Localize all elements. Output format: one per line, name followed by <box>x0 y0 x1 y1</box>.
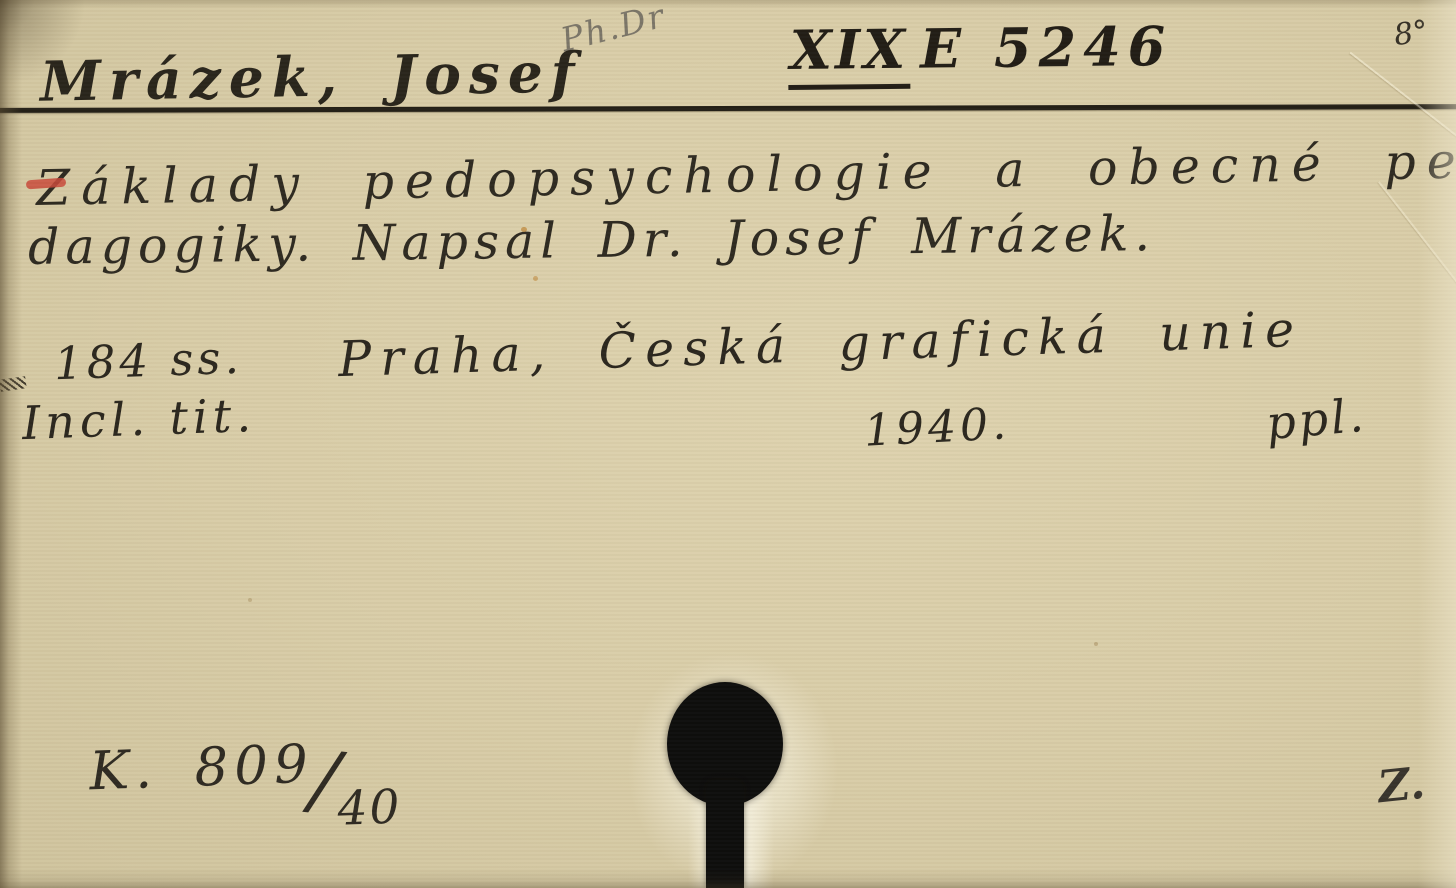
collation-note: Incl. tit. <box>21 388 257 450</box>
format-note: 8° <box>1392 14 1431 53</box>
shelfmark-number: E 5246 <box>920 14 1173 81</box>
extent-note: 184 ss. <box>53 331 243 391</box>
cataloguer-initial: Z. <box>1375 758 1427 814</box>
paper-speck <box>248 598 252 602</box>
accession-slash: / <box>312 779 344 782</box>
edge-hatch-mark <box>0 376 27 392</box>
author-heading: Mrázek, Josef <box>39 39 583 113</box>
catalog-card: Ph.Dr Mrázek, Josef XIXE 5246 8° Základy… <box>0 0 1456 888</box>
punch-hole-slot <box>706 780 744 888</box>
accession-prefix: K. 809 <box>88 734 314 803</box>
shelfmark-roman: XIX <box>788 17 911 90</box>
binding-note: ppl. <box>1264 388 1369 451</box>
title-line-1: Základy pedopsychologie a obecné pe- <box>36 132 1456 217</box>
paper-speck <box>533 276 538 281</box>
paper-crease <box>1378 181 1456 300</box>
imprint-line: Praha, Česká grafická unie <box>337 301 1303 388</box>
accession-number: K. 809/40 <box>88 731 402 846</box>
title-line-2: dagogiky. Napsal Dr. Josef Mrázek. <box>28 205 1157 276</box>
accession-year: 40 <box>337 780 403 837</box>
shelfmark: XIXE 5246 <box>788 14 1173 90</box>
paper-speck <box>521 227 527 232</box>
year-note: 1940. <box>863 398 1011 457</box>
paper-speck <box>1094 642 1098 646</box>
